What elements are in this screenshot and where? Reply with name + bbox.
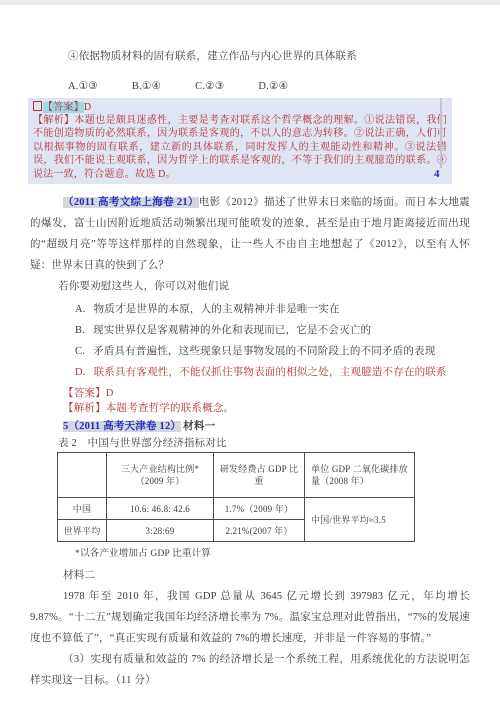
option-text: 物质才是世界的本原，人的主观精神并非是唯一实在 <box>94 304 340 315</box>
q4-answer-analysis-selected-block[interactable]: 【答案】D 【解析】本题也是颇具迷惑性，主要是考查对联系这个哲学概念的理解。①说… <box>28 98 452 184</box>
table-cell-merged-co2: 中国/世界平均≈3.5 <box>305 498 415 542</box>
table-cell-label: 世界平均 <box>58 520 107 542</box>
table-header-row: 三大产业结构比例*（2009 年） 研发经费占 GDP 比重 单位 GDP 二氧… <box>58 453 415 498</box>
q4-option-b: B.①④ <box>132 80 161 94</box>
q4-option-a: A.①③ <box>68 80 98 94</box>
q4-analysis-text: 【解析】本题也是颇具迷惑性，主要是考查对联系这个哲学概念的理解。①说法错误，我们… <box>33 114 447 181</box>
table-header-cell: 研发经费占 GDP 比重 <box>214 453 305 498</box>
table-header-cell: 单位 GDP 二氧化碳排放量（2008 年） <box>305 453 415 498</box>
page-top-edge <box>0 0 500 5</box>
option-label: D. <box>75 367 86 378</box>
q21-option-a: A.物质才是世界的本原，人的主观精神并非是唯一实在 <box>75 299 470 320</box>
anchor-marker-icon <box>33 101 42 111</box>
q4-options-row: A.①③ B.①④ C.②③ D.②④ <box>68 80 470 94</box>
q5-source-tag: （2011 高考天津卷 12） <box>68 421 181 432</box>
table-caption: 表 2 中国与世界部分经济指标对比 <box>58 437 470 450</box>
q21-option-c: C.矛盾具有普遍性，这些现象只是事物发展的不同阶段上的不同矛盾的表现 <box>75 341 470 362</box>
q21-options-list: A.物质才是世界的本原，人的主观精神并非是唯一实在 B.现实世界仅是客观精神的外… <box>75 299 470 383</box>
table-footnote: *以各产业增加占 GDP 比重计算 <box>75 548 470 561</box>
option-text: 联系具有客观性，不能仅抓住事物表面的相似之处，主观臆造不存在的联系 <box>94 367 447 378</box>
q21-answer-line: 【答案】D <box>63 386 470 401</box>
option-label: B. <box>75 325 85 336</box>
q21-stem-text: 电影《2012》描述了世界末日来临的场面。而日本大地震的爆发，富士山因附近地质活… <box>30 197 470 271</box>
q4-option-d: D.②④ <box>258 80 288 94</box>
q4-stem-line: ④依据物质材料的固有联系，建立作品与内心世界的具体联系 <box>68 50 470 64</box>
table-cell-industry: 3:28:69 <box>107 520 214 542</box>
table-cell-rd: 2.21%(2007 年） <box>214 520 305 542</box>
q21-prompt-line: 若你要劝慰这些人，你可以对他们说 <box>30 276 470 297</box>
table-cell-rd: 1.7%（2009 年） <box>214 498 305 520</box>
q4-answer-value: D <box>84 102 91 113</box>
option-label: A. <box>75 304 86 315</box>
q4-option-c: C.②③ <box>195 80 224 94</box>
q21-option-d: D.联系具有客观性，不能仅抓住事物表面的相似之处，主观臆造不存在的联系 <box>75 362 470 383</box>
q4-answer-line: 【答案】D <box>33 101 447 114</box>
table-row-china: 中国 10.6: 46.8: 42.6 1.7%（2009 年） 中国/世界平均… <box>58 498 415 520</box>
material1-label: 材料一 <box>183 421 215 432</box>
economic-indicators-table: 三大产业结构比例*（2009 年） 研发经费占 GDP 比重 单位 GDP 二氧… <box>57 452 415 542</box>
q5-header-line: 5（2011 高考天津卷 12）材料一 <box>63 419 470 435</box>
document-page[interactable]: ④依据物质材料的固有联系，建立作品与内心世界的具体联系 A.①③ B.①④ C.… <box>0 0 500 707</box>
margin-revision-line <box>440 98 442 168</box>
table-header-cell <box>58 453 107 498</box>
q21-analysis-line: 【解析】本题考查哲学的联系概念。 <box>63 401 470 416</box>
table-cell-label: 中国 <box>58 498 107 520</box>
q21-option-b: B.现实世界仅是客观精神的外化和表现而已，它是不会灭亡的 <box>75 320 470 341</box>
q4-answer-label: 【答案】 <box>43 102 84 113</box>
option-label: C. <box>75 346 85 357</box>
table-header-cell: 三大产业结构比例*（2009 年） <box>107 453 214 498</box>
q5-subquestion3: （3）实现有质量和效益的 7% 的经济增长是一个系统工程，用系统优化的方法说明怎… <box>30 649 470 691</box>
q21-source-tag: （2011 高考文综上海卷 21） <box>63 197 199 208</box>
option-text: 矛盾具有普遍性，这些现象只是事物发展的不同阶段上的不同矛盾的表现 <box>93 346 435 357</box>
table-cell-industry: 10.6: 46.8: 42.6 <box>107 498 214 520</box>
material2-label: 材料二 <box>63 569 470 583</box>
material2-paragraph: 1978 年至 2010 年，我国 GDP 总量从 3645 亿元增长到 397… <box>30 586 470 649</box>
margin-page-number: 4 <box>434 168 440 180</box>
option-text: 现实世界仅是客观精神的外化和表现而已，它是不会灭亡的 <box>93 325 371 336</box>
q21-stem-paragraph: （2011 高考文综上海卷 21）电影《2012》描述了世界末日来临的场面。而日… <box>30 192 470 276</box>
